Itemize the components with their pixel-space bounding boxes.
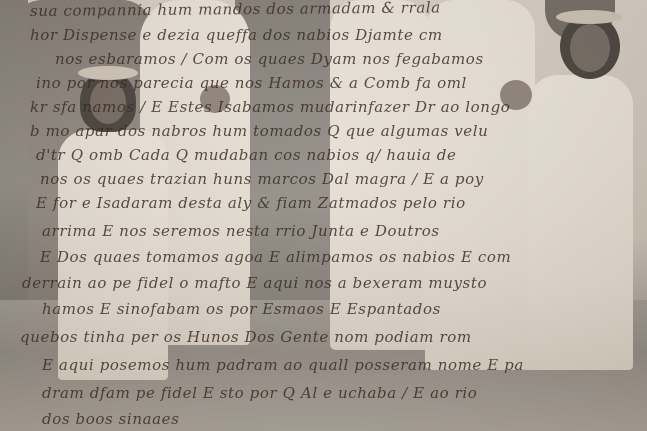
manuscript-overlay: sua compannia hum mandos dos armadam & r… [0, 0, 647, 431]
manuscript-line: d'tr Q omb Cada Q mudaban cos nabios q/ … [36, 146, 456, 164]
manuscript-line: b mo apar dos nabros hum tomados Q que a… [30, 122, 488, 140]
manuscript-line: E for e Isadaram desta aly & fiam Zatmad… [36, 194, 466, 212]
manuscript-line: kr sfa namos / E Estes Isabamos mudarinf… [30, 98, 510, 116]
manuscript-line: dos boos sinaaes [42, 410, 179, 428]
manuscript-line: nos os quaes trazian huns marcos Dal mag… [40, 170, 484, 188]
manuscript-line: nos esbaramos / Com os quaes Dyam nos fe… [55, 50, 484, 68]
manuscript-line: ino por nos parecia que nos Hamos & a Co… [36, 74, 467, 92]
manuscript-line: hor Dispense e dezia queffa dos nabios D… [30, 26, 443, 44]
manuscript-line: E Dos quaes tomamos agoa E alimpamos os … [40, 248, 511, 266]
manuscript-line: dram dfam pe fidel E sto por Q Al e ucha… [42, 384, 477, 402]
manuscript-line: arrima E nos seremos nesta rrio Junta e … [42, 222, 440, 240]
manuscript-line: quebos tinha per os Hunos Dos Gente nom … [20, 328, 472, 346]
manuscript-line: hamos E sinofabam os por Esmaos E Espant… [42, 300, 441, 318]
manuscript-line: derrain ao pe fidel o mafto E aqui nos a… [22, 274, 487, 292]
manuscript-line: E aqui posemos hum padram ao quall posse… [42, 356, 524, 374]
manuscript-line: sua compannia hum mandos dos armadam & r… [30, 0, 441, 20]
vintage-photo-with-manuscript-overlay: sua compannia hum mandos dos armadam & r… [0, 0, 647, 431]
